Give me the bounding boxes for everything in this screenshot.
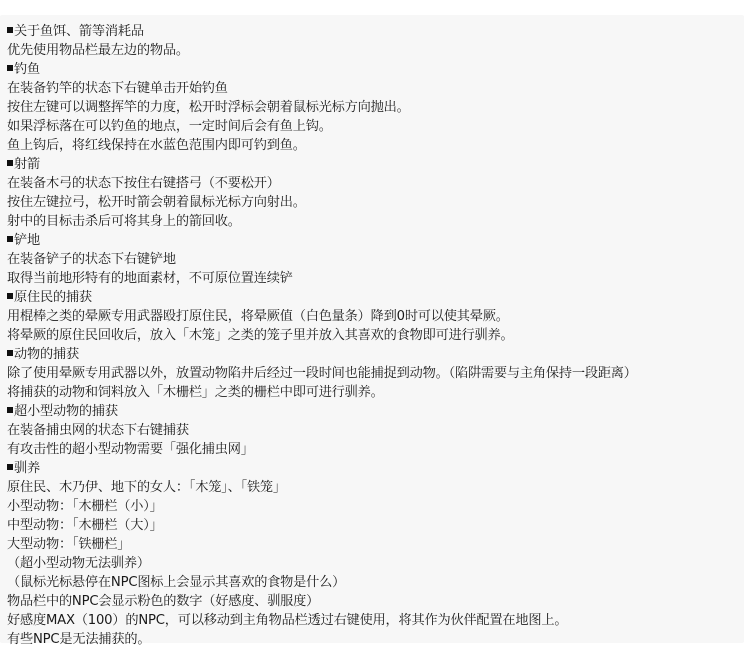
section-heading: 驯养 (7, 459, 637, 478)
section-text-line: 优先使用物品栏最左边的物品。 (7, 41, 637, 60)
section-text-line: 除了使用晕厥专用武器以外，放置动物陷井后经过一段时间也能捕捉到动物。（陷阱需要与… (7, 364, 637, 383)
section-heading: 动物的捕获 (7, 345, 637, 364)
section-text-line: 好感度MAX（100）的NPC，可以移动到主角物品栏透过右键使用，将其作为伙伴配… (7, 611, 637, 630)
section-text-line: 将捕获的动物和饲料放入「木栅栏」之类的栅栏中即可进行驯养。 (7, 383, 637, 402)
section-text-line: 小型动物：「木栅栏（小）」 (7, 497, 637, 516)
section-text-line: 大型动物：「铁栅栏」 (7, 535, 637, 554)
section-text-line: 射中的目标击杀后可将其身上的箭回收。 (7, 212, 637, 231)
guide-content: 关于鱼饵、箭等消耗品优先使用物品栏最左边的物品。钓鱼在装备钓竿的状态下右键单击开… (7, 22, 637, 649)
section-text-line: 在装备木弓的状态下按住右键搭弓（不要松开） (7, 174, 637, 193)
section-text-line: 用棍棒之类的晕厥专用武器殴打原住民，将晕厥值（白色量条）降到0时可以使其晕厥。 (7, 307, 637, 326)
section-text-line: 中型动物：「木栅栏（大）」 (7, 516, 637, 535)
section-text-line: 按住左键可以调整挥竿的力度，松开时浮标会朝着鼠标光标方向抛出。 (7, 98, 637, 117)
section-heading: 钓鱼 (7, 60, 637, 79)
section-heading: 超小型动物的捕获 (7, 402, 637, 421)
section-text-line: 有攻击性的超小型动物需要「强化捕虫网」 (7, 440, 637, 459)
section-text-line: 鱼上钩后，将红线保持在水蓝色范围内即可钓到鱼。 (7, 136, 637, 155)
section-heading: 铲地 (7, 231, 637, 250)
section-text-line: 按住左键拉弓，松开时箭会朝着鼠标光标方向射出。 (7, 193, 637, 212)
section-text-line: 将晕厥的原住民回收后，放入「木笼」之类的笼子里并放入其喜欢的食物即可进行驯养。 (7, 326, 637, 345)
section-text-line: 在装备铲子的状态下右键铲地 (7, 250, 637, 269)
section-text-line: （超小型动物无法驯养） (7, 554, 637, 573)
section-text-line: 取得当前地形特有的地面素材，不可原位置连续铲 (7, 269, 637, 288)
section-heading: 关于鱼饵、箭等消耗品 (7, 22, 637, 41)
section-text-line: 有些NPC是无法捕获的。 (7, 630, 637, 649)
section-heading: 射箭 (7, 155, 637, 174)
section-text-line: 在装备钓竿的状态下右键单击开始钓鱼 (7, 79, 637, 98)
section-text-line: 如果浮标落在可以钓鱼的地点，一定时间后会有鱼上钩。 (7, 117, 637, 136)
section-text-line: （鼠标光标悬停在NPC图标上会显示其喜欢的食物是什么） (7, 573, 637, 592)
section-text-line: 物品栏中的NPC会显示粉色的数字（好感度、驯服度） (7, 592, 637, 611)
section-text-line: 在装备捕虫网的状态下右键捕获 (7, 421, 637, 440)
section-heading: 原住民的捕获 (7, 288, 637, 307)
section-text-line: 原住民、木乃伊、地下的女人：「木笼」、「铁笼」 (7, 478, 637, 497)
